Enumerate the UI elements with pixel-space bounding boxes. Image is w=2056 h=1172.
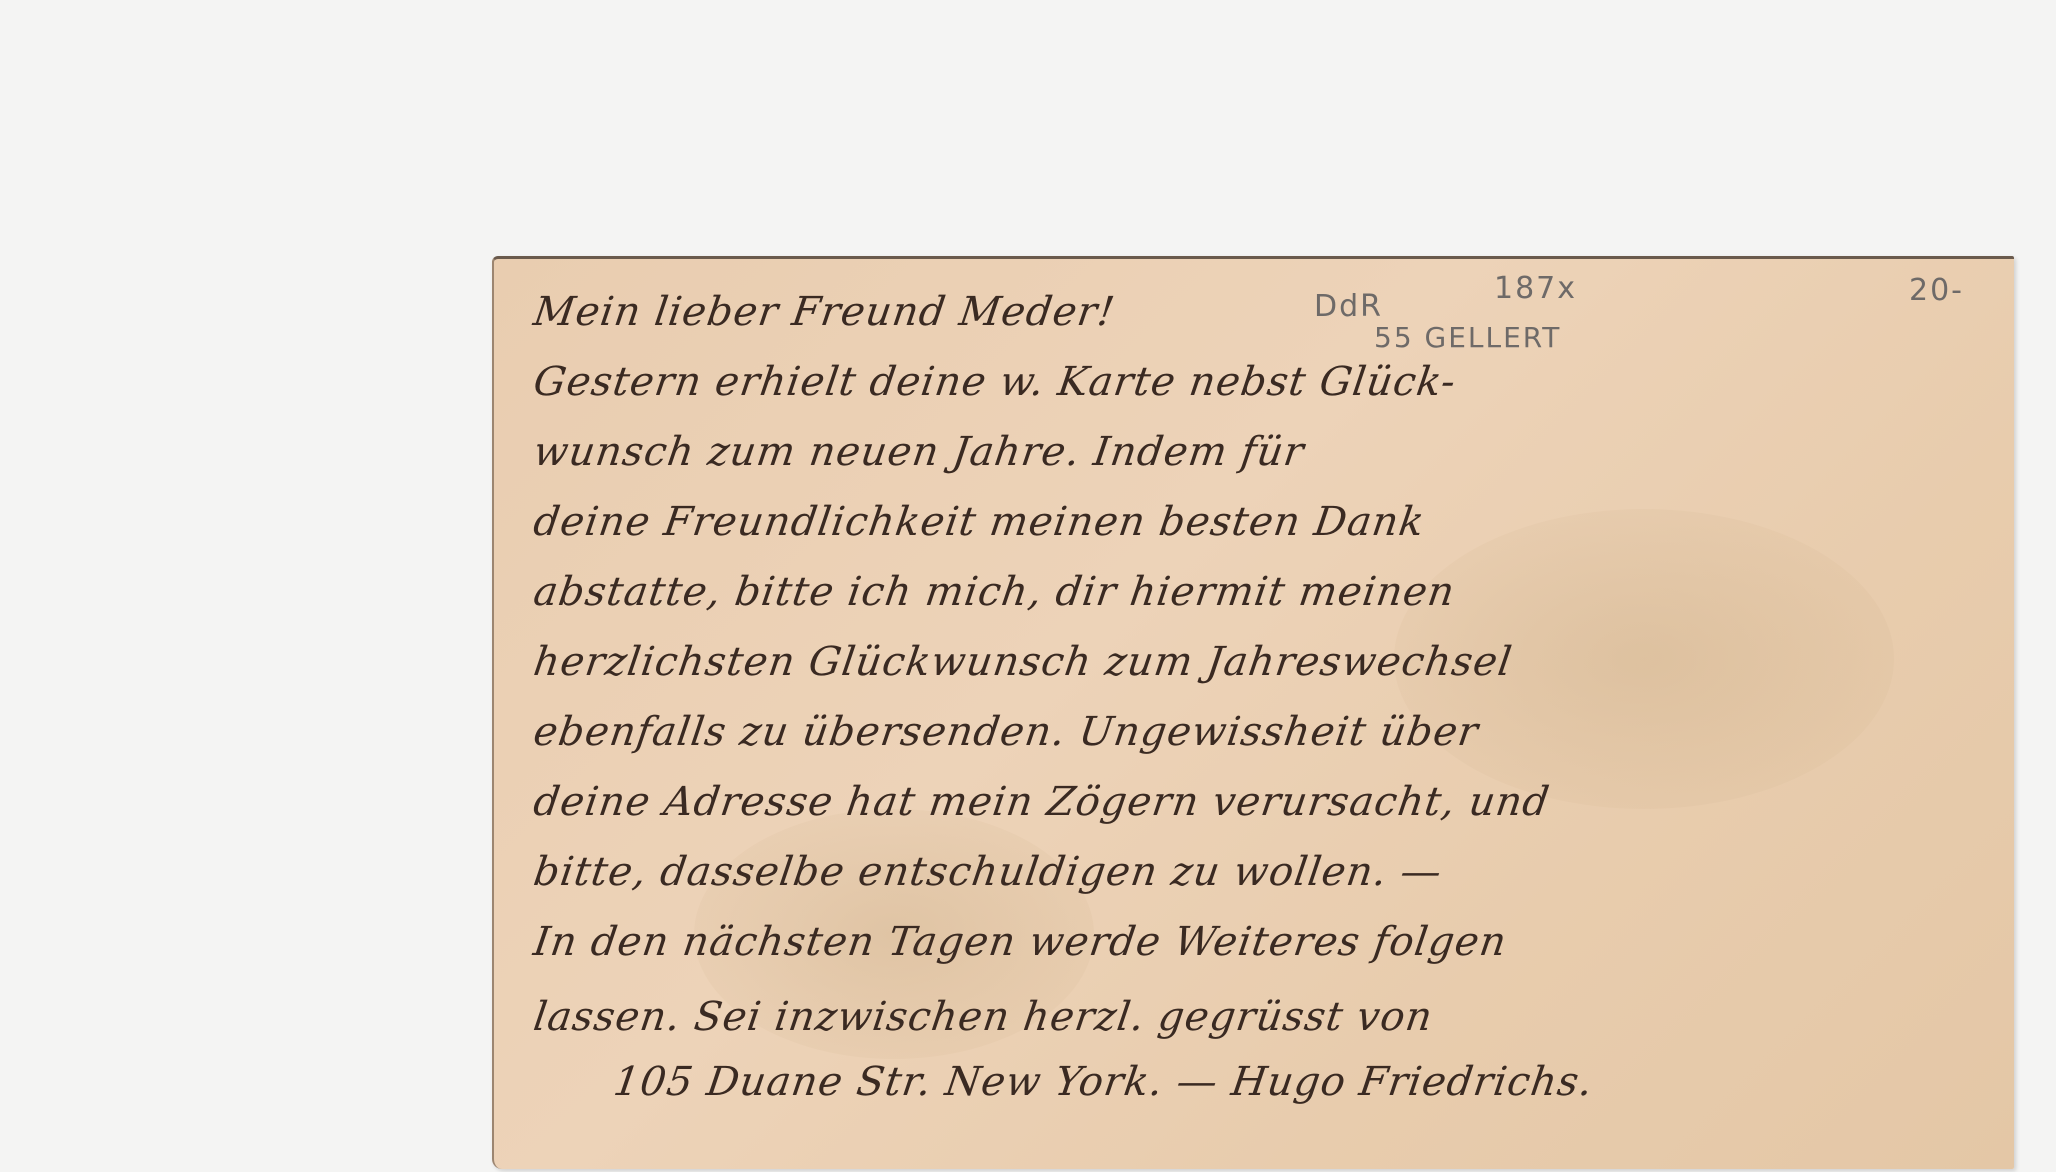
pencil-year: 187x (1494, 271, 1577, 306)
text-line-9: bitte, dasselbe entschuldigen zu wollen.… (531, 849, 1445, 895)
text-line-3: wunsch zum neuen Jahre. Indem für (531, 429, 1307, 475)
text-line-11: lassen. Sei inzwischen herzl. gegrüsst v… (531, 994, 1436, 1040)
postcard: DdR 187x 20- 55 GELLERT Mein lieber Freu… (492, 256, 2014, 1169)
pencil-catalog-note: 55 GELLERT (1374, 321, 1561, 354)
pencil-box-mark: DdR (1314, 289, 1383, 324)
text-line-10: In den nächsten Tagen werde Weiteres fol… (531, 919, 1510, 965)
signature-address-line: 105 Duane Str. New York. — Hugo Friedric… (611, 1059, 1596, 1105)
text-line-1: Mein lieber Freund Meder! (531, 289, 1118, 335)
text-line-2: Gestern erhielt deine w. Karte nebst Glü… (531, 359, 1459, 405)
text-line-5: abstatte, bitte ich mich, dir hiermit me… (531, 569, 1458, 615)
text-line-6: herzlichsten Glückwunsch zum Jahreswechs… (531, 639, 1515, 685)
pencil-price: 20- (1909, 273, 1964, 308)
text-line-7: ebenfalls zu übersenden. Ungewissheit üb… (531, 709, 1482, 755)
text-line-4: deine Freundlichkeit meinen besten Dank (531, 499, 1428, 545)
text-line-8: deine Adresse hat mein Zögern verursacht… (531, 779, 1553, 825)
